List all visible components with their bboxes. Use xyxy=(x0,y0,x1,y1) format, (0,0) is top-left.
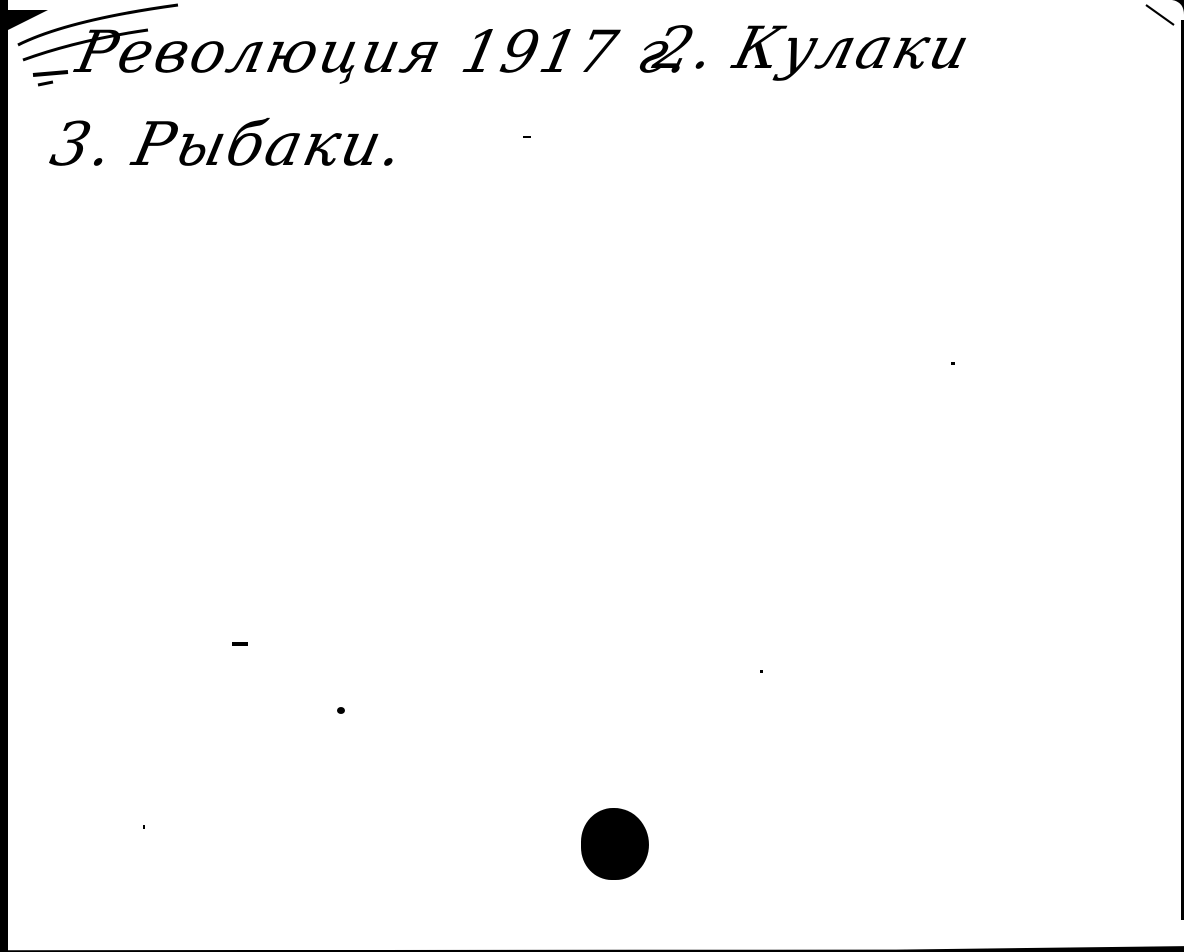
ink-speck xyxy=(232,642,248,646)
archive-card: Революция 1917 г. 2. Кулаки 3. Рыбаки. xyxy=(0,0,1184,952)
ink-blot xyxy=(581,808,649,880)
ink-speck xyxy=(337,707,345,714)
ink-speck xyxy=(523,136,531,138)
ink-speck xyxy=(143,825,145,829)
handwritten-line-kulaks: 2. Кулаки xyxy=(648,14,979,82)
handwritten-line-fishermen: 3. Рыбаки. xyxy=(45,110,411,180)
ink-speck xyxy=(760,670,763,673)
ink-speck xyxy=(951,362,955,365)
card-bottom-edge xyxy=(8,946,1184,952)
handwritten-line-revolution: Революция 1917 г. xyxy=(71,18,698,86)
curled-corner-icon xyxy=(1144,0,1184,30)
